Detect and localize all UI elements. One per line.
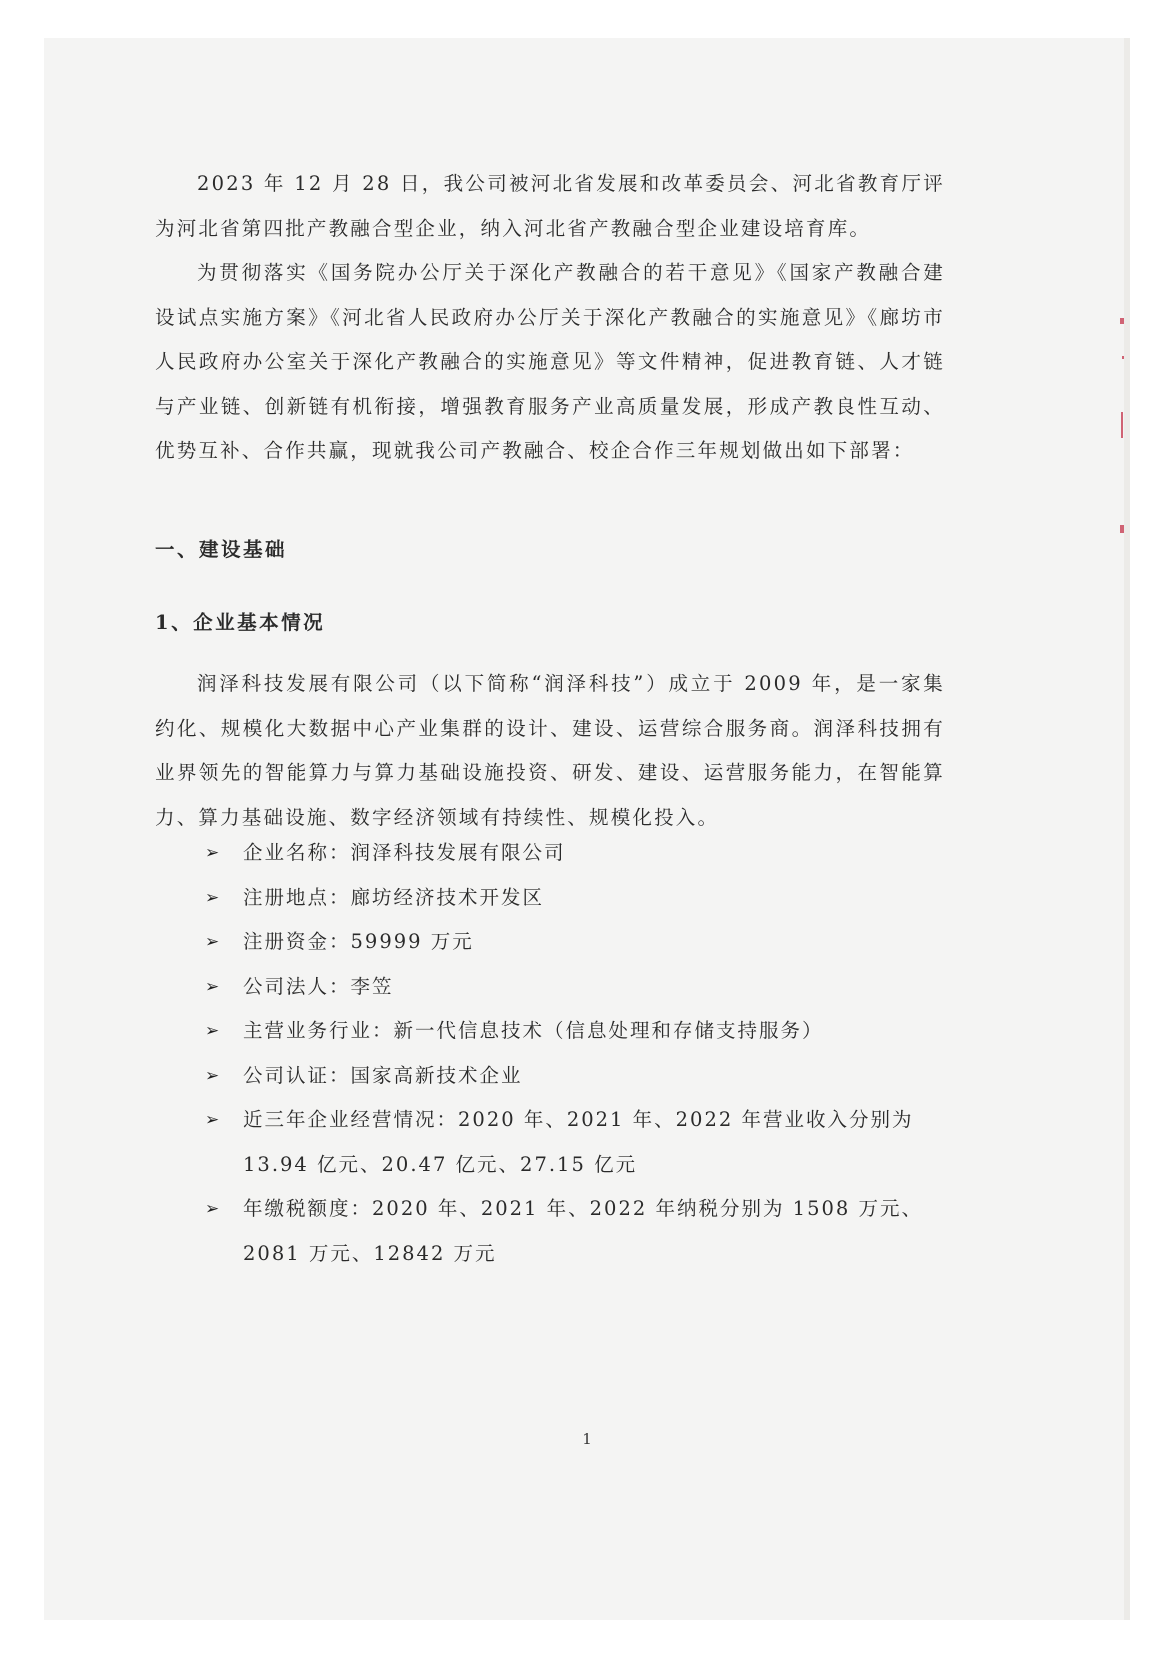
list-item-text: 年缴税额度：2020 年、2021 年、2022 年纳税分别为 1508 万元、… [243, 1197, 923, 1265]
list-item: ➢ 注册地点：廊坊经济技术开发区 [205, 876, 945, 921]
page-number: 1 [0, 1430, 1174, 1448]
arrow-bullet-icon: ➢ [205, 1009, 221, 1054]
list-item: ➢ 近三年企业经营情况：2020 年、2021 年、2022 年营业收入分别为 … [205, 1098, 945, 1187]
list-item: ➢ 主营业务行业：新一代信息技术（信息处理和存储支持服务） [205, 1009, 945, 1054]
list-item-text: 主营业务行业：新一代信息技术（信息处理和存储支持服务） [243, 1019, 824, 1042]
list-item: ➢ 公司认证：国家高新技术企业 [205, 1054, 945, 1099]
list-item: ➢ 注册资金：59999 万元 [205, 920, 945, 965]
list-item: ➢ 企业名称：润泽科技发展有限公司 [205, 831, 945, 876]
company-paragraph: 润泽科技发展有限公司（以下简称“润泽科技”）成立于 2009 年，是一家集约化、… [155, 662, 945, 840]
arrow-bullet-icon: ➢ [205, 920, 221, 965]
list-item-text: 公司认证：国家高新技术企业 [243, 1064, 523, 1087]
list-item: ➢ 公司法人：李笠 [205, 965, 945, 1010]
list-item-text: 公司法人：李笠 [243, 975, 394, 998]
list-item-text: 注册资金：59999 万元 [243, 930, 474, 953]
seal-stamp-fragment [1122, 356, 1124, 359]
company-info-list: ➢ 企业名称：润泽科技发展有限公司 ➢ 注册地点：廊坊经济技术开发区 ➢ 注册资… [205, 831, 945, 1276]
section-heading: 一、建设基础 [155, 534, 287, 562]
arrow-bullet-icon: ➢ [205, 1054, 221, 1099]
arrow-bullet-icon: ➢ [205, 1187, 221, 1232]
arrow-bullet-icon: ➢ [205, 831, 221, 876]
list-item-text: 企业名称：润泽科技发展有限公司 [243, 841, 566, 864]
list-item: ➢ 年缴税额度：2020 年、2021 年、2022 年纳税分别为 1508 万… [205, 1187, 945, 1276]
seal-stamp-fragment [1121, 412, 1123, 438]
arrow-bullet-icon: ➢ [205, 1098, 221, 1143]
seal-stamp-fragment [1120, 525, 1124, 533]
list-item-text: 近三年企业经营情况：2020 年、2021 年、2022 年营业收入分别为 13… [243, 1108, 913, 1176]
list-item-text: 注册地点：廊坊经济技术开发区 [243, 886, 544, 909]
intro-paragraph-1: 2023 年 12 月 28 日，我公司被河北省发展和改革委员会、河北省教育厅评… [155, 162, 945, 251]
arrow-bullet-icon: ➢ [205, 876, 221, 921]
arrow-bullet-icon: ➢ [205, 965, 221, 1010]
subsection-heading: 1、企业基本情况 [155, 607, 325, 635]
seal-stamp-fragment [1120, 318, 1124, 324]
intro-paragraph-2: 为贯彻落实《国务院办公厅关于深化产教融合的若干意见》《国家产教融合建设试点实施方… [155, 251, 945, 474]
